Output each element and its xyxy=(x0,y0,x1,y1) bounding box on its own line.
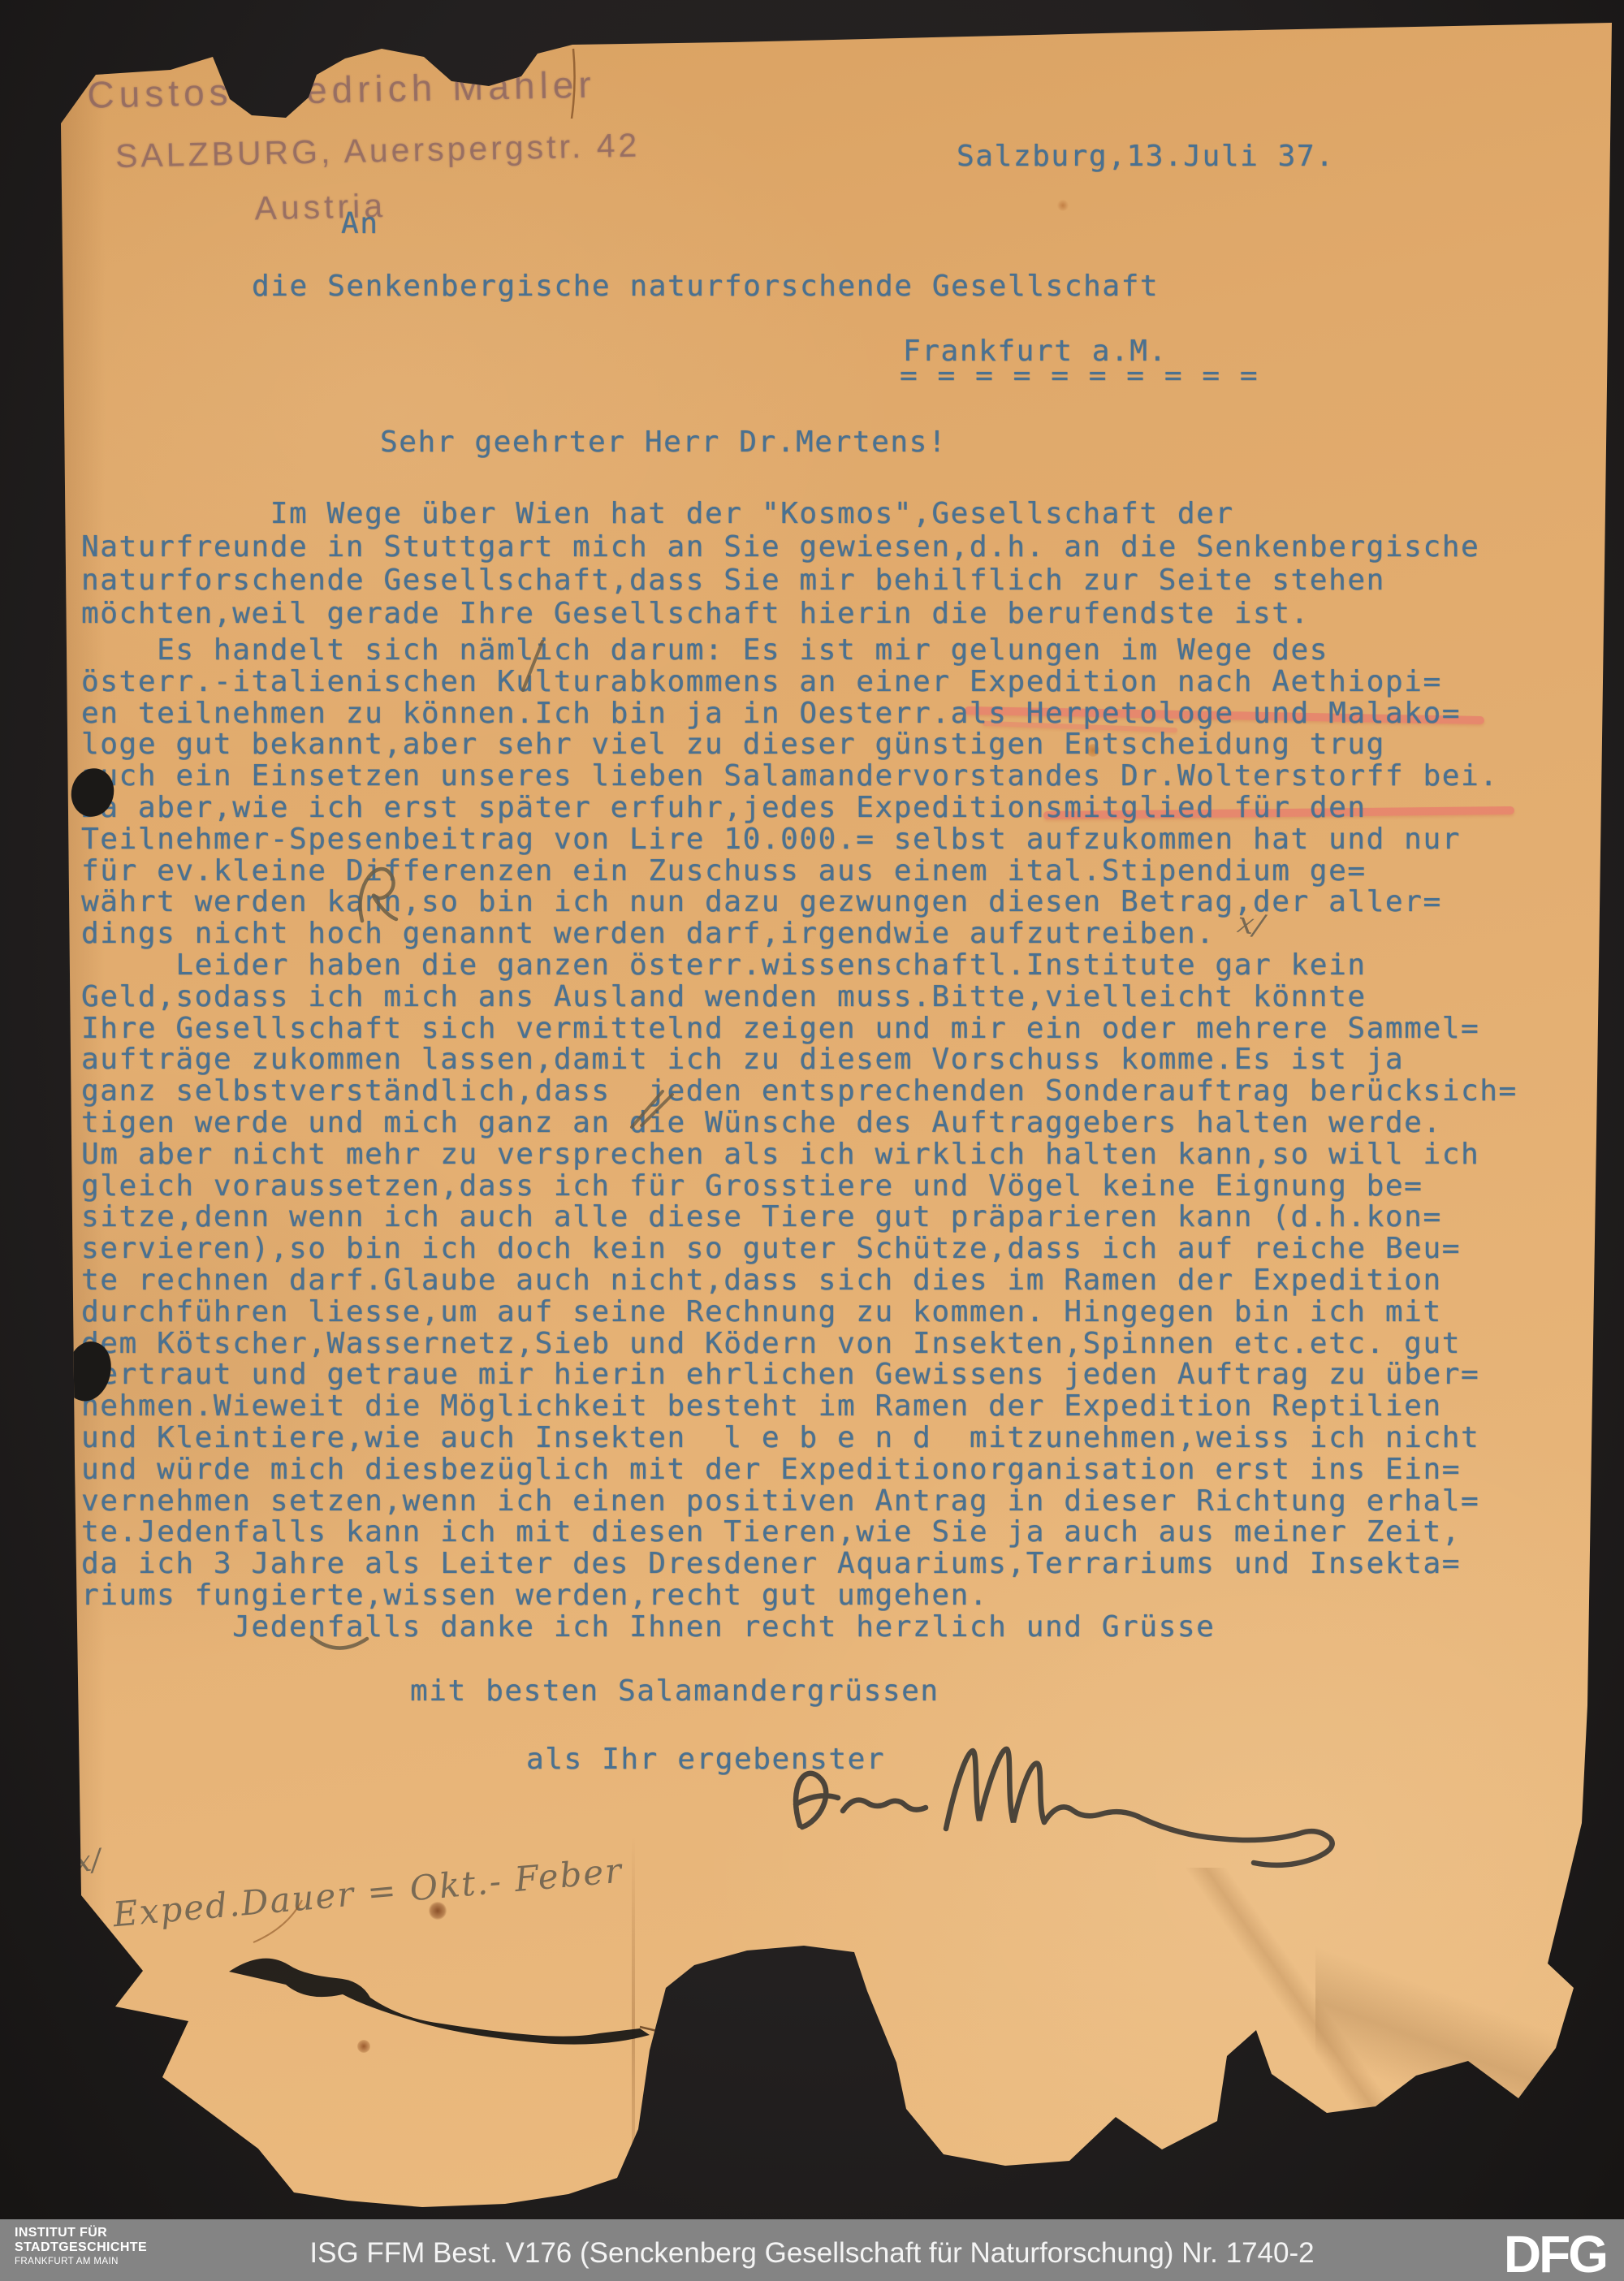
letter-text-line: dings nicht hoch genannt werden darf,irg… xyxy=(81,918,1518,950)
letter-text-line: vernehmen setzen,wenn ich einen positive… xyxy=(81,1486,1518,1518)
archive-footer-bar: INSTITUT FÜR STADTGESCHICHTE FRANKFURT A… xyxy=(0,2219,1624,2281)
letter-text-line: te.Jedenfalls kann ich mit diesen Tieren… xyxy=(81,1517,1518,1549)
stain-spot xyxy=(1057,200,1069,211)
letter-text-line: vertraut und getraue mir hierin ehrliche… xyxy=(81,1359,1518,1391)
letter-text-line: Leider haben die ganzen österr.wissensch… xyxy=(81,950,1518,982)
stamp-street: SALZBURG, Auerspergstr. 42 xyxy=(115,127,641,176)
letter-text-line: und würde mich diesbezüglich mit der Exp… xyxy=(81,1454,1518,1486)
letter-text-line: Es handelt sich nämlich darum: Es ist mi… xyxy=(81,635,1518,667)
letter-text-line: Teilnehmer-Spesenbeitrag von Lire 10.000… xyxy=(81,824,1518,856)
fold-shadow-corner xyxy=(1315,1933,1583,2111)
letter-text-line: riums fungierte,wissen werden,recht gut … xyxy=(81,1580,1518,1612)
stain-spot xyxy=(357,2040,370,2053)
fold-crease-vertical xyxy=(632,1835,635,2209)
letter-text-line: nehmen.Wieweit die Möglichkeit besteht i… xyxy=(81,1391,1518,1423)
closing-greeting: mit besten Salamandergrüssen xyxy=(410,1674,939,1708)
letter-text-line: servieren),so bin ich doch kein so guter… xyxy=(81,1233,1518,1265)
archive-caption: ISG FFM Best. V176 (Senckenberg Gesellsc… xyxy=(0,2237,1624,2270)
letter-text-line: für ev.kleine Differenzen ein Zuschuss a… xyxy=(81,856,1518,888)
recipient-an: An xyxy=(341,207,379,240)
letter-text-line: auch ein Einsetzen unseres lieben Salama… xyxy=(81,761,1518,793)
letter-text-line: Um aber nicht mehr zu versprechen als ic… xyxy=(81,1139,1518,1171)
dfg-logo: DFG xyxy=(1504,2224,1606,2281)
letter-text-line: da ich 3 Jahre als Leiter des Dresdener … xyxy=(81,1549,1518,1580)
letter-text-line: möchten,weil gerade Ihre Gesellschaft hi… xyxy=(81,597,1479,630)
pencil-margin-mark: x/ xyxy=(1235,906,1266,943)
letter-text-line: dem Kötscher,Wassernetz,Sieb und Ködern … xyxy=(81,1328,1518,1360)
salutation: Sehr geehrter Herr Dr.Mertens! xyxy=(380,426,947,459)
letter-text-line: Jedenfalls danke ich Ihnen recht herzlic… xyxy=(81,1612,1518,1644)
letter-text-line: Geld,sodass ich mich ans Ausland wenden … xyxy=(81,982,1518,1013)
letter-text-line: en teilnehmen zu können.Ich bin ja in Oe… xyxy=(81,698,1518,730)
letter-text-line: ganz selbstverständlich,dass jeden entsp… xyxy=(81,1076,1518,1108)
letter-body: Es handelt sich nämlich darum: Es ist mi… xyxy=(81,635,1518,1644)
letter-text-line: und Kleintiere,wie auch Insekten l e b e… xyxy=(81,1423,1518,1454)
letter-text-line: Im Wege über Wien hat der "Kosmos",Gesel… xyxy=(81,497,1479,530)
handwritten-note: Exped.Dauer = Okt.- Feber xyxy=(111,1851,624,1935)
letter-text-line: durchführen liesse,um auf seine Rechnung… xyxy=(81,1297,1518,1328)
letter-paragraph-1: Im Wege über Wien hat der "Kosmos",Gesel… xyxy=(81,497,1479,630)
letter-text-line: sitze,denn wenn ich auch alle diese Tier… xyxy=(81,1202,1518,1233)
letter-text-line: währt werden kann,so bin ich nun dazu ge… xyxy=(81,887,1518,918)
dateline: Salzburg,13.Juli 37. xyxy=(957,140,1334,173)
recipient-org: die Senkenbergische naturforschende Gese… xyxy=(252,270,1159,303)
recipient-underline: = = = = = = = = = = xyxy=(900,359,1259,392)
letter-text-line: te rechnen darf.Glaube auch nicht,dass s… xyxy=(81,1265,1518,1297)
closing-valediction: als Ihr ergebenster xyxy=(526,1743,885,1776)
letter-paper: Custos Friedrich Mahler SALZBURG, Auersp… xyxy=(0,0,1624,2281)
letter-text-line: tigen werde und mich ganz an die Wünsche… xyxy=(81,1108,1518,1139)
scanned-letter-page: Custos Friedrich Mahler SALZBURG, Auersp… xyxy=(0,0,1624,2281)
letter-text-line: aufträge zukommen lassen,damit ich zu di… xyxy=(81,1044,1518,1076)
letter-text-line: naturforschende Gesellschaft,dass Sie mi… xyxy=(81,564,1479,597)
stamp-name: Custos Friedrich Mahler xyxy=(87,63,596,117)
handwritten-note-mark: x/ xyxy=(72,1843,103,1880)
letter-text-line: gleich voraussetzen,dass ich für Grossti… xyxy=(81,1171,1518,1203)
letter-text-line: Naturfreunde in Stuttgart mich an Sie ge… xyxy=(81,530,1479,564)
letter-text-line: Ihre Gesellschaft sich vermittelnd zeige… xyxy=(81,1013,1518,1045)
letter-text-line: loge gut bekannt,aber sehr viel zu diese… xyxy=(81,729,1518,761)
letter-text-line: österr.-italienischen Kulturabkommens an… xyxy=(81,667,1518,698)
letter-text-line: Da aber,wie ich erst später erfuhr,jedes… xyxy=(81,793,1518,824)
fold-crease-right xyxy=(1129,1868,1470,2136)
